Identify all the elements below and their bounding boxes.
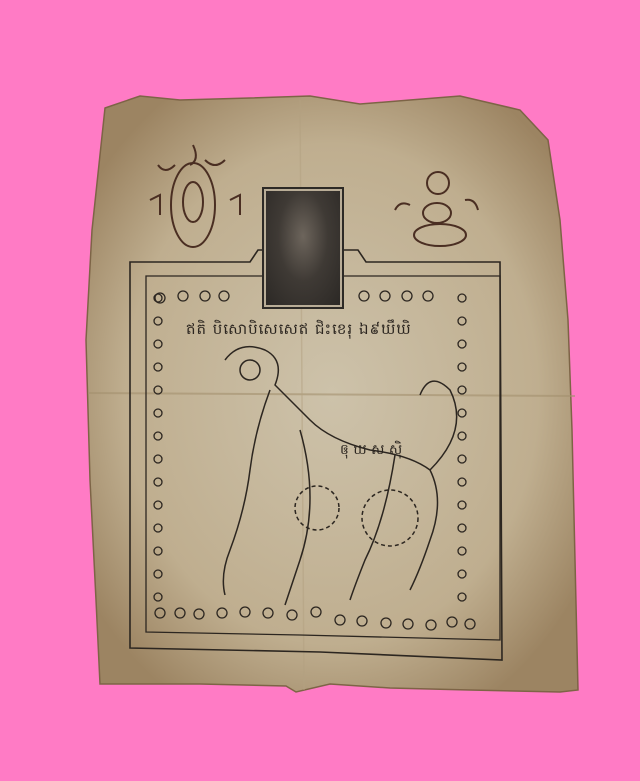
yantra-cloth bbox=[0, 0, 640, 781]
header-script: ឥតិ បិសោបិសេសេឥ ជិះខេរុ ឯ៩ឃឹឃិ bbox=[186, 320, 412, 342]
central-script: ឲុ ឃ ស ស៊ិ bbox=[340, 440, 402, 461]
monk-portrait bbox=[262, 187, 344, 309]
